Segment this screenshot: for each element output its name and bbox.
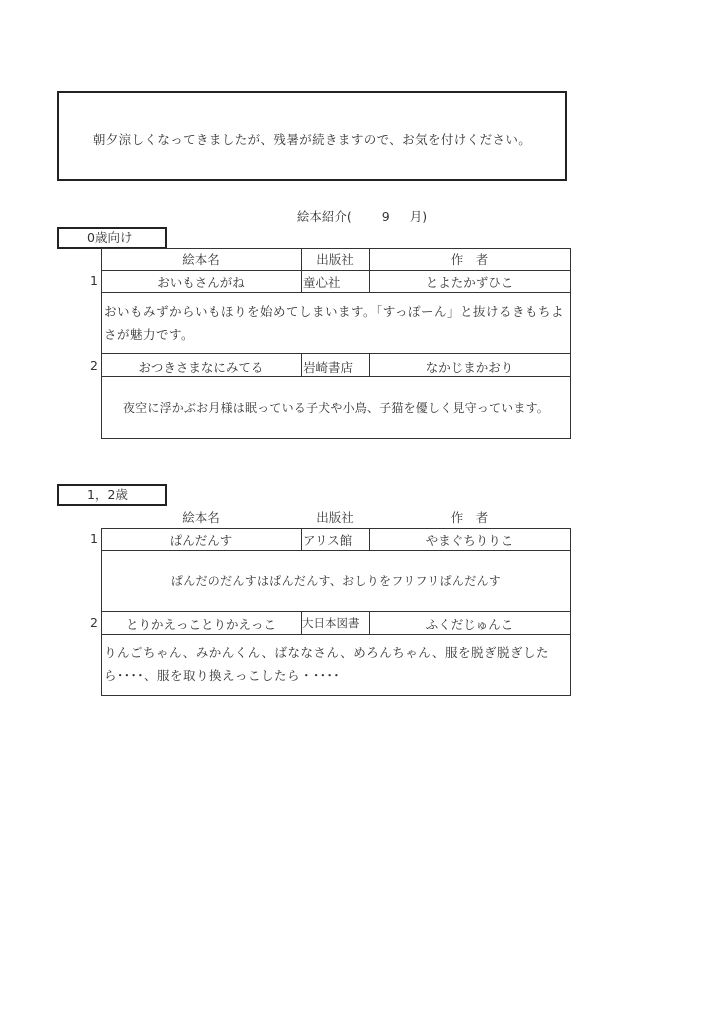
section-tag-1: 1，2歳 — [57, 484, 167, 506]
book-number: 2 — [86, 358, 98, 373]
col-header-author: 作 者 — [369, 250, 570, 268]
title-month: 9 — [382, 209, 390, 224]
book-publisher: 岩崎書店 — [303, 358, 369, 376]
book-title: おつきさまなにみてる — [101, 358, 301, 376]
book-author: なかじまかおり — [369, 358, 570, 376]
book-number: 2 — [86, 615, 98, 630]
col-header-author: 作 者 — [369, 508, 570, 526]
col-header-publisher: 出版社 — [301, 508, 369, 526]
book-title: とりかえっことりかえっこ — [101, 615, 301, 633]
book-title: おいもさんがね — [101, 273, 301, 291]
book-description: 夜空に浮かぶお月様は眠っている子犬や小鳥、子猫を優しく見守っています。 — [101, 397, 571, 420]
title-suffix: 月) — [410, 207, 427, 225]
book-publisher: アリス館 — [303, 531, 369, 549]
book-publisher: 童心社 — [303, 273, 369, 291]
book-description: ぱんだのだんすはぱんだんす、おしりをフリフリぱんだんす — [101, 570, 571, 593]
notice-box: 朝夕涼しくなってきましたが、残暑が続きますので、お気を付けください。 — [57, 91, 567, 181]
col-header-book: 絵本名 — [101, 508, 301, 526]
section-tag-0: 0歳向け — [57, 227, 167, 249]
book-author: ふくだじゅんこ — [369, 615, 570, 633]
book-author: やまぐちりりこ — [369, 531, 570, 549]
book-title: ぱんだんす — [101, 531, 301, 549]
book-description: りんごちゃん、みかんくん、ばななさん、めろんちゃん、服を脱ぎ脱ぎしたら････、… — [104, 641, 566, 687]
book-number: 1 — [86, 273, 98, 288]
page-title: 絵本紹介( 9 月) — [0, 207, 724, 225]
book-number: 1 — [86, 531, 98, 546]
col-header-publisher: 出版社 — [301, 250, 369, 268]
book-description: おいもみずからいもほりを始めてしまいます。「すっぽーん」と抜けるきもちよさが魅力… — [104, 300, 566, 346]
book-publisher: 大日本図書 — [302, 615, 369, 631]
col-header-book: 絵本名 — [101, 250, 301, 268]
title-label: 絵本紹介( — [297, 207, 352, 225]
book-author: とよたかずひこ — [369, 273, 570, 291]
notice-text: 朝夕涼しくなってきましたが、残暑が続きますので、お気を付けください。 — [59, 130, 565, 148]
